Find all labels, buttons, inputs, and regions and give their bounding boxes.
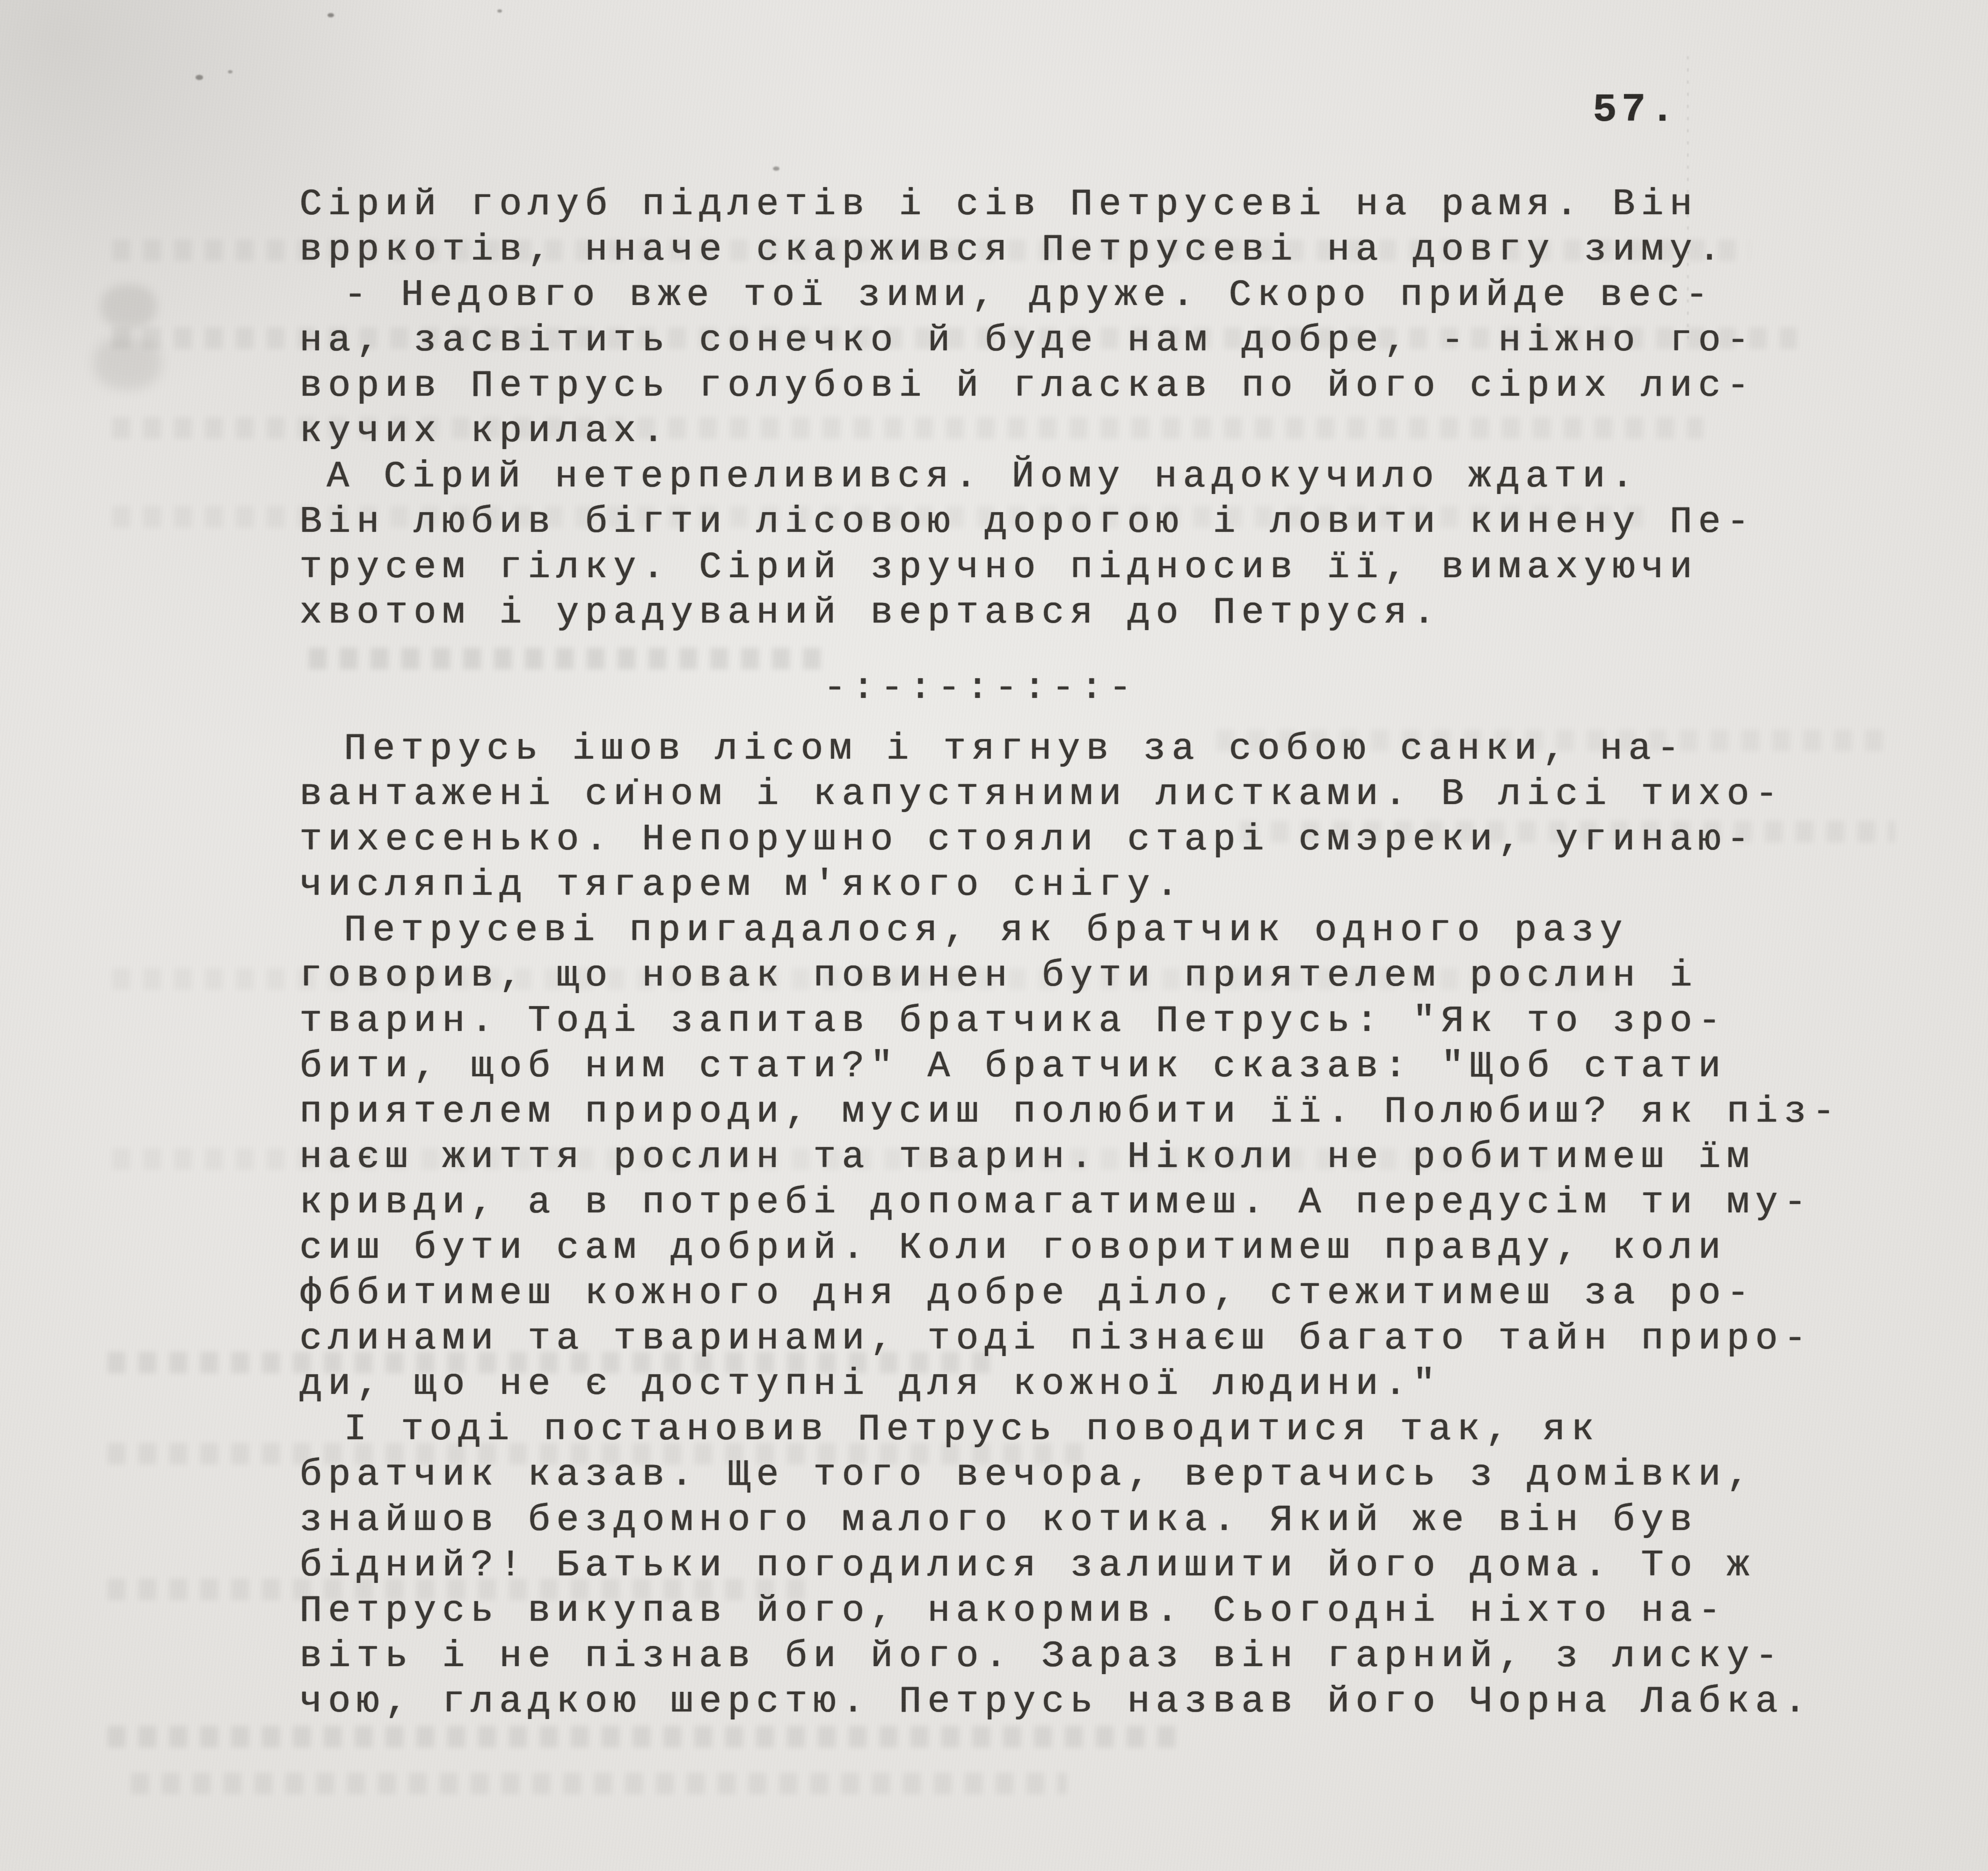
text-line: трусем гілку. Сірий зручно підносив її, …	[299, 549, 1698, 587]
text-line: чою, гладкою шерстю. Петрусь назвав його…	[299, 1683, 1812, 1721]
text-line: фббитимеш кожного дня добре діло, стежит…	[299, 1275, 1755, 1313]
typed-text-block: Сірий голуб підлетів і сів Петрусеві на …	[299, 0, 1918, 1871]
scanned-document-page: 57. Сірий голуб підлетів і сів Петрусеві…	[0, 0, 1988, 1871]
ink-speck	[196, 75, 203, 80]
text-line: ди, що не є доступні для кожної людини."	[299, 1366, 1441, 1403]
text-line: врркотів, нначе скаржився Петрусеві на д…	[299, 232, 1726, 269]
text-line: Він любив бігти лісовою дорогою і ловити…	[299, 504, 1755, 541]
text-line: братчик казав. Ще того вечора, вертачись…	[299, 1457, 1755, 1494]
text-line: тихесенько. Непорушно стояли старі смэре…	[299, 821, 1755, 859]
text-line: наєш життя рослин та тварин. Ніколи не р…	[299, 1139, 1755, 1176]
text-line: кривди, а в потребі допомагатимеш. А пер…	[299, 1184, 1812, 1222]
bleed-through-smudge	[94, 336, 161, 390]
section-divider: -:-:-:-:-:-	[299, 670, 1137, 707]
text-line: тварин. Тоді запитав братчика Петрусь: "…	[299, 1003, 1726, 1040]
text-line: Петрусь ішов лісом і тягнув за собою сан…	[299, 731, 1685, 768]
text-line: хвотом і урадуваний вертався до Петруся.	[299, 595, 1441, 632]
text-line: слинами та тваринами, тоді пізнаєш багат…	[299, 1320, 1812, 1358]
text-line: Сірий голуб підлетів і сів Петрусеві на …	[299, 186, 1698, 224]
text-line: говорив, що новак повинен бути приятелем…	[299, 957, 1698, 995]
text-line: А Сірий нетерпеливився. Йому надокучило …	[299, 458, 1639, 496]
text-line: Петрусеві пригадалося, як братчик одного…	[299, 912, 1628, 950]
text-line: Петрусь викупав його, накормив. Сьогодні…	[299, 1593, 1726, 1630]
text-line: числяпід тягарем м'якого снігу.	[299, 867, 1184, 904]
text-line: вантажені си̇ном і капустяними листками.…	[299, 776, 1784, 813]
text-line: ворив Петрусь голубові й гласкав по його…	[299, 368, 1755, 405]
bleed-through-smudge	[101, 284, 157, 329]
text-line: - Недовго вже тої зими, друже. Скоро при…	[299, 277, 1714, 314]
ink-speck	[228, 70, 233, 73]
text-line: знайшов бездомного малого котика. Який ж…	[299, 1502, 1698, 1539]
text-line: приятелем природи, мусиш полюбити її. По…	[299, 1094, 1841, 1131]
text-line: сиш бути сам добрий. Коли говоритимеш пр…	[299, 1230, 1726, 1267]
text-line: бити, щоб ним стати?" А братчик сказав: …	[299, 1048, 1726, 1086]
text-line: на, засвітить сонечко й буде нам добре, …	[299, 322, 1755, 360]
text-line: кучих крилах.	[299, 413, 670, 450]
text-line: І тоді постановив Петрусь поводитися так…	[299, 1411, 1600, 1449]
text-line: бідний?! Батьки погодилися залишити його…	[299, 1547, 1755, 1585]
text-line: віть і не пізнав би його. Зараз він гарн…	[299, 1638, 1784, 1675]
